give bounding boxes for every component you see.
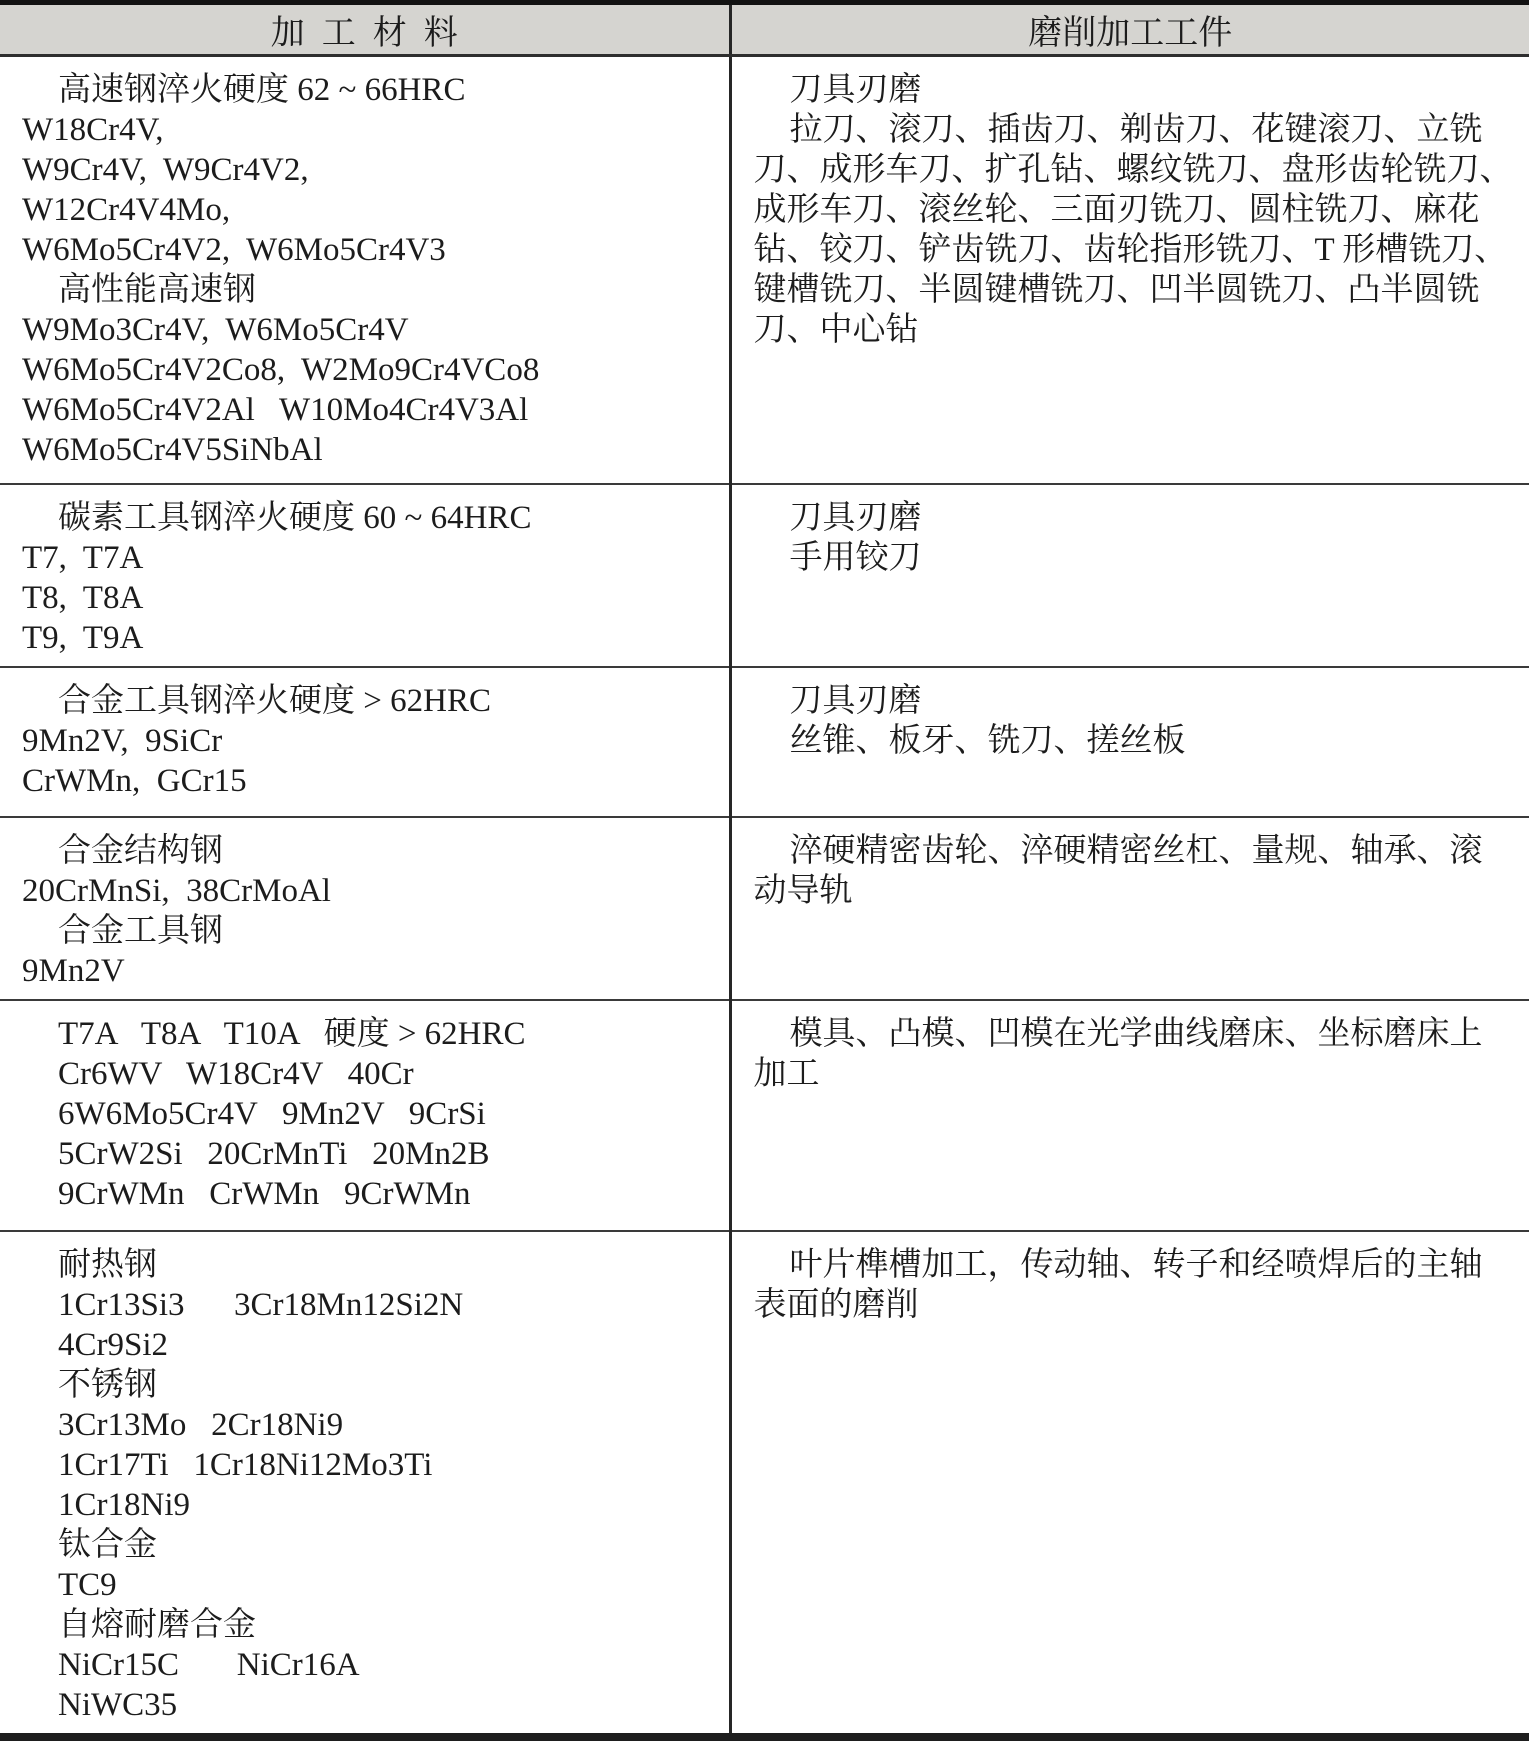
text-line: 6W6Mo5Cr4V 9Mn2V 9CrSi xyxy=(22,1094,715,1134)
material-cell: 合金结构钢20CrMnSi, 38CrMoAl合金工具钢9Mn2V xyxy=(0,817,730,1000)
text-line: W6Mo5Cr4V2Co8, W2Mo9Cr4VCo8 xyxy=(22,350,715,390)
grinding-table: 加 工 材 料 磨削加工工件 高速钢淬火硬度 62 ~ 66HRCW18Cr4V… xyxy=(0,0,1529,1741)
text-line: 1Cr18Ni9 xyxy=(22,1485,715,1525)
text-line: 合金结构钢 xyxy=(22,831,715,871)
text-line: 合金工具钢淬火硬度 > 62HRC xyxy=(22,681,715,721)
text-line: W9Mo3Cr4V, W6Mo5Cr4V xyxy=(22,310,715,350)
text-line: 高性能高速钢 xyxy=(22,270,715,310)
paragraph: 拉刀、滚刀、插齿刀、剃齿刀、花键滚刀、立铣刀、成形车刀、扩孔钻、螺纹铣刀、盘形齿… xyxy=(754,110,1516,350)
text-line: NiWC35 xyxy=(22,1685,715,1725)
material-cell: 碳素工具钢淬火硬度 60 ~ 64HRCT7, T7AT8, T8AT9, T9… xyxy=(0,484,730,667)
text-line: 9Mn2V, 9SiCr xyxy=(22,721,715,761)
text-line: W6Mo5Cr4V5SiNbAl xyxy=(22,430,715,470)
header-cell-material: 加 工 材 料 xyxy=(0,3,730,56)
material-cell: 合金工具钢淬火硬度 > 62HRC9Mn2V, 9SiCrCrWMn, GCr1… xyxy=(0,667,730,817)
table-row: 合金工具钢淬火硬度 > 62HRC9Mn2V, 9SiCrCrWMn, GCr1… xyxy=(0,667,1529,817)
text-line: W6Mo5Cr4V2Al W10Mo4Cr4V3Al xyxy=(22,390,715,430)
table-header-row: 加 工 材 料 磨削加工工件 xyxy=(0,3,1529,56)
text-line: 高速钢淬火硬度 62 ~ 66HRC xyxy=(22,70,715,110)
material-cell: 高速钢淬火硬度 62 ~ 66HRCW18Cr4V,W9Cr4V, W9Cr4V… xyxy=(0,56,730,484)
text-line: 自熔耐磨合金 xyxy=(22,1605,715,1645)
material-cell: 耐热钢1Cr13Si3 3Cr18Mn12Si2N4Cr9Si2不锈钢3Cr13… xyxy=(0,1231,730,1737)
workpiece-cell: 淬硬精密齿轮、淬硬精密丝杠、量规、轴承、滚动导轨 xyxy=(730,817,1529,1000)
text-line: 碳素工具钢淬火硬度 60 ~ 64HRC xyxy=(22,498,715,538)
workpiece-cell: 刀具刃磨手用铰刀 xyxy=(730,484,1529,667)
text-line: T7, T7A xyxy=(22,538,715,578)
text-line: W12Cr4V4Mo, xyxy=(22,190,715,230)
text-line: W9Cr4V, W9Cr4V2, xyxy=(22,150,715,190)
paragraph: 刀具刃磨 xyxy=(754,498,1516,538)
paragraph: 手用铰刀 xyxy=(754,538,1516,578)
workpiece-cell: 刀具刃磨丝锥、板牙、铣刀、搓丝板 xyxy=(730,667,1529,817)
text-line: Cr6WV W18Cr4V 40Cr xyxy=(22,1054,715,1094)
text-line: NiCr15C NiCr16A xyxy=(22,1645,715,1685)
material-cell: T7A T8A T10A 硬度 > 62HRCCr6WV W18Cr4V 40C… xyxy=(0,1000,730,1231)
text-line: 不锈钢 xyxy=(22,1365,715,1405)
workpiece-cell: 刀具刃磨拉刀、滚刀、插齿刀、剃齿刀、花键滚刀、立铣刀、成形车刀、扩孔钻、螺纹铣刀… xyxy=(730,56,1529,484)
table-row: 合金结构钢20CrMnSi, 38CrMoAl合金工具钢9Mn2V淬硬精密齿轮、… xyxy=(0,817,1529,1000)
paragraph: 刀具刃磨 xyxy=(754,70,1516,110)
workpiece-cell: 叶片榫槽加工，传动轴、转子和经喷焊后的主轴表面的磨削 xyxy=(730,1231,1529,1737)
document-page: 加 工 材 料 磨削加工工件 高速钢淬火硬度 62 ~ 66HRCW18Cr4V… xyxy=(0,0,1529,1744)
paragraph: 模具、凸模、凹模在光学曲线磨床、坐标磨床上加工 xyxy=(754,1014,1516,1094)
paragraph: 刀具刃磨 xyxy=(754,681,1516,721)
text-line: T7A T8A T10A 硬度 > 62HRC xyxy=(22,1014,715,1054)
text-line: W6Mo5Cr4V2, W6Mo5Cr4V3 xyxy=(22,230,715,270)
text-line: 1Cr17Ti 1Cr18Ni12Mo3Ti xyxy=(22,1445,715,1485)
text-line: TC9 xyxy=(22,1565,715,1605)
text-line: 耐热钢 xyxy=(22,1245,715,1285)
text-line: T8, T8A xyxy=(22,578,715,618)
text-line: 3Cr13Mo 2Cr18Ni9 xyxy=(22,1405,715,1445)
workpiece-cell: 模具、凸模、凹模在光学曲线磨床、坐标磨床上加工 xyxy=(730,1000,1529,1231)
text-line: 钛合金 xyxy=(22,1525,715,1565)
text-line: 合金工具钢 xyxy=(22,911,715,951)
text-line: 9Mn2V xyxy=(22,951,715,991)
text-line: 9CrWMn CrWMn 9CrWMn xyxy=(22,1174,715,1214)
text-line: 4Cr9Si2 xyxy=(22,1325,715,1365)
paragraph: 丝锥、板牙、铣刀、搓丝板 xyxy=(754,721,1516,761)
text-line: 20CrMnSi, 38CrMoAl xyxy=(22,871,715,911)
text-line: T9, T9A xyxy=(22,618,715,658)
text-line: 5CrW2Si 20CrMnTi 20Mn2B xyxy=(22,1134,715,1174)
table-row: 碳素工具钢淬火硬度 60 ~ 64HRCT7, T7AT8, T8AT9, T9… xyxy=(0,484,1529,667)
table-row: 高速钢淬火硬度 62 ~ 66HRCW18Cr4V,W9Cr4V, W9Cr4V… xyxy=(0,56,1529,484)
text-line: CrWMn, GCr15 xyxy=(22,761,715,801)
text-line: 1Cr13Si3 3Cr18Mn12Si2N xyxy=(22,1285,715,1325)
header-cell-workpiece: 磨削加工工件 xyxy=(730,3,1529,56)
table-row: T7A T8A T10A 硬度 > 62HRCCr6WV W18Cr4V 40C… xyxy=(0,1000,1529,1231)
table-row: 耐热钢1Cr13Si3 3Cr18Mn12Si2N4Cr9Si2不锈钢3Cr13… xyxy=(0,1231,1529,1737)
paragraph: 叶片榫槽加工，传动轴、转子和经喷焊后的主轴表面的磨削 xyxy=(754,1245,1516,1325)
text-line: W18Cr4V, xyxy=(22,110,715,150)
paragraph: 淬硬精密齿轮、淬硬精密丝杠、量规、轴承、滚动导轨 xyxy=(754,831,1516,911)
